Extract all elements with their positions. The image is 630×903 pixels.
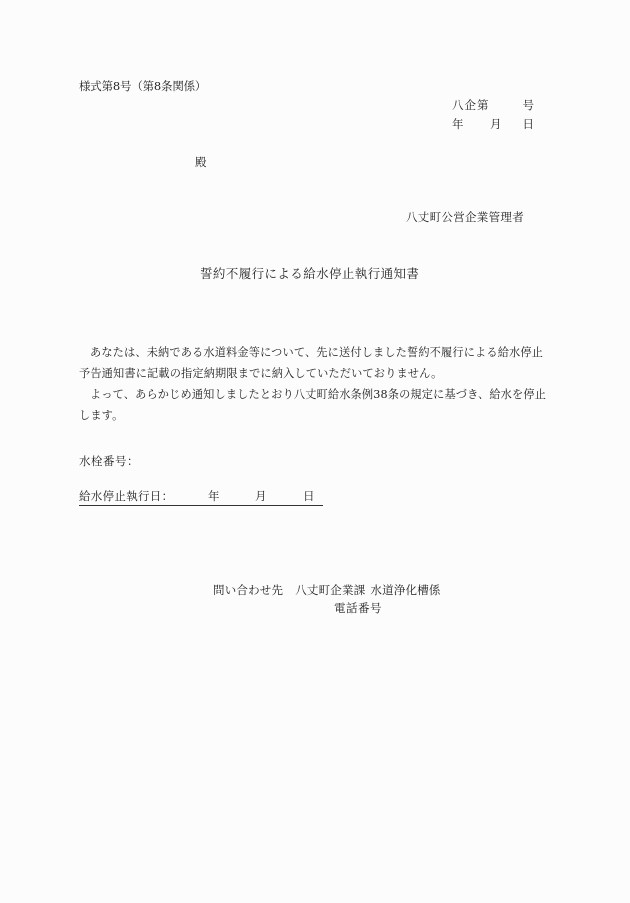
stop-date-field: 給水停止執行日： 年 月 日	[79, 491, 323, 506]
stop-date-day: 日	[303, 491, 315, 503]
contact-info: 問い合わせ先八丈町企業課水道浄化槽係	[213, 585, 441, 597]
stop-date-label: 給水停止執行日：	[79, 491, 173, 503]
contact-label: 問い合わせ先	[213, 583, 283, 597]
body-paragraph-1: あなたは、未納である水道料金等について、先に送付しました誓約不履行による給水停止…	[79, 342, 549, 384]
form-number: 様式第8号（第8条関係）	[79, 81, 206, 93]
hydrant-number-label: 水栓番号：	[79, 456, 139, 468]
issue-date-year: 年	[452, 119, 464, 131]
body-text: あなたは、未納である水道料金等について、先に送付しました誓約不履行による給水停止…	[79, 342, 549, 426]
body-paragraph-2: よって、あらかじめ通知しましたとおり八丈町給水条例38条の規定に基づき、給水を停…	[79, 384, 549, 426]
issue-date-day: 日	[523, 119, 535, 131]
document-number-prefix: 八企第	[452, 100, 490, 112]
contact-phone-label: 電話番号	[334, 603, 382, 615]
addressee-honorific: 殿	[195, 157, 207, 169]
contact-section: 水道浄化槽係	[370, 583, 440, 597]
stop-date-year: 年	[208, 491, 220, 503]
document-title: 誓約不履行による給水停止執行通知書	[200, 268, 419, 281]
stop-date-month: 月	[255, 491, 267, 503]
issue-date-month: 月	[490, 119, 502, 131]
issuer: 八丈町公営企業管理者	[406, 212, 524, 224]
contact-department: 八丈町企業課	[295, 583, 365, 597]
document-number-suffix: 号	[523, 100, 535, 112]
